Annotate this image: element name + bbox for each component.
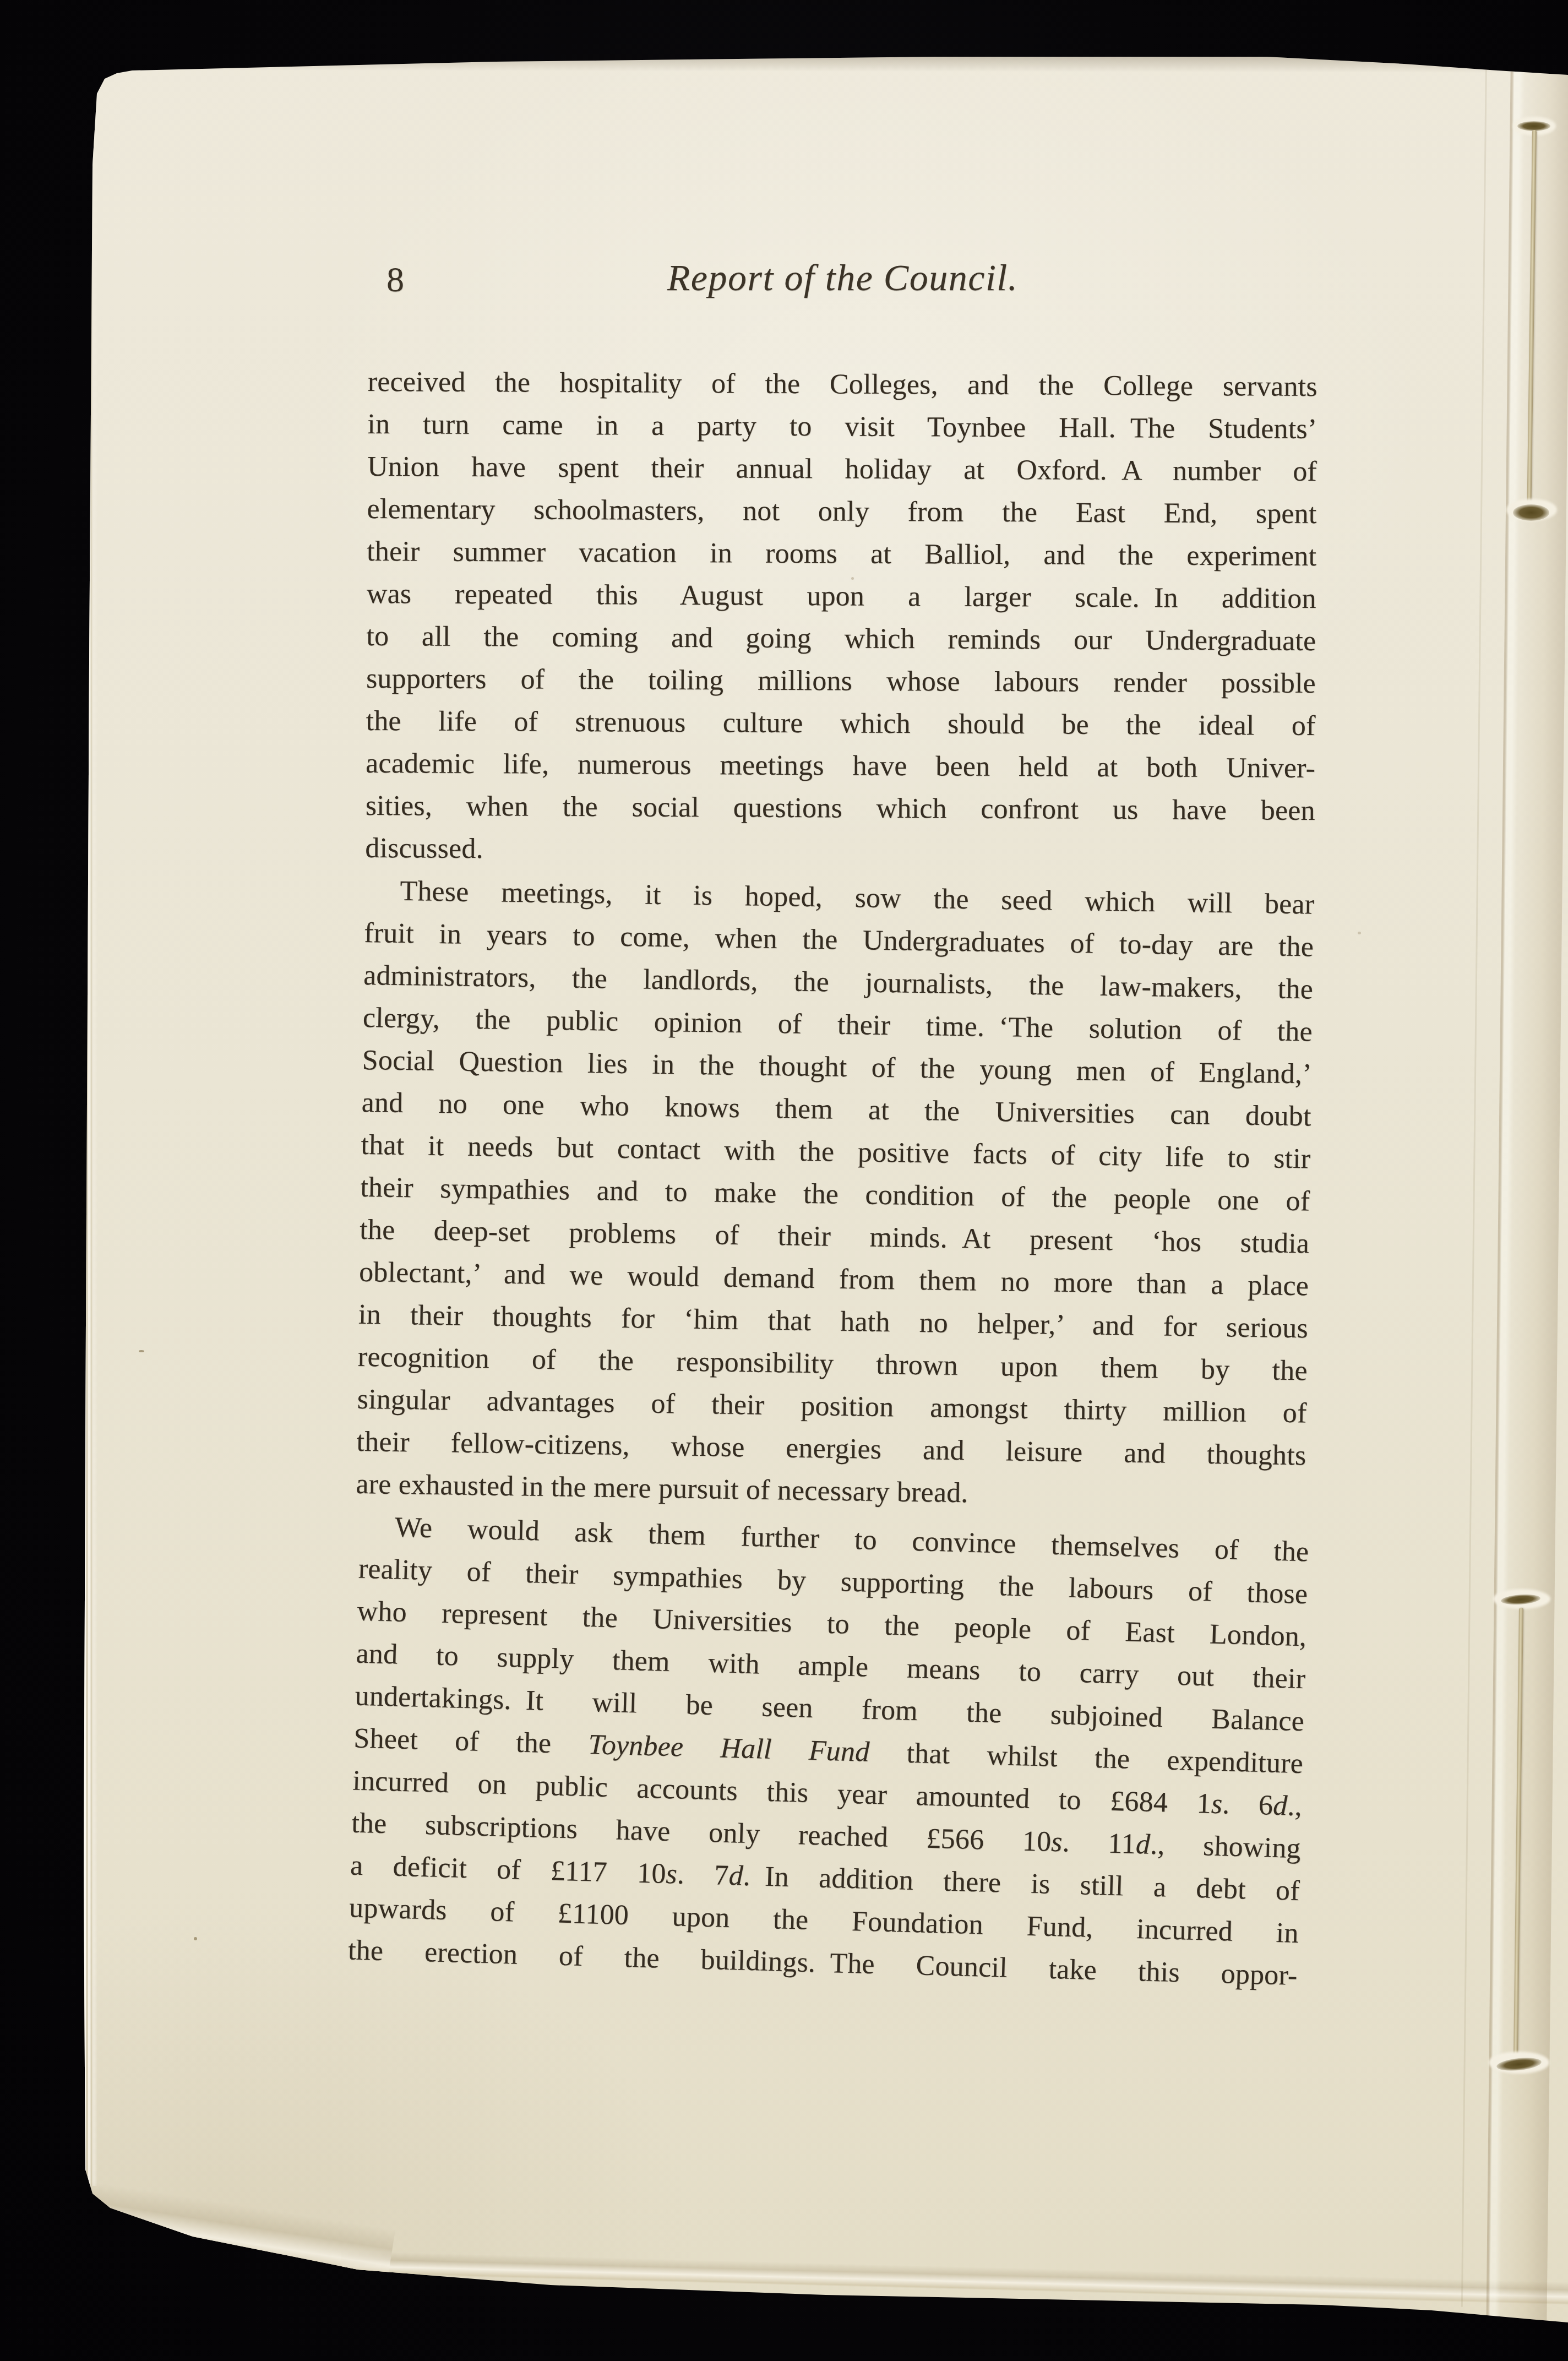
page-surface: 8 Report of the Council. received the ho… bbox=[0, 0, 1568, 2361]
text-block: received the hospitality of the Colleges… bbox=[368, 361, 1317, 1972]
text-line: received the hospitality of the Colleges… bbox=[368, 361, 1317, 408]
text-line: supporters of the toiling millions whose… bbox=[366, 657, 1316, 705]
text-line: the life of strenuous culture which shou… bbox=[366, 700, 1315, 747]
text-line: elementary schoolmasters, not only from … bbox=[367, 488, 1316, 535]
scan-background: { "page_number": "8", "running_title": "… bbox=[0, 0, 1568, 2361]
text-line: discussed. bbox=[365, 827, 1315, 874]
paragraph: We would ask them further to convince th… bbox=[347, 1505, 1309, 1997]
text-line: in turn came in a party to visit Toynbee… bbox=[367, 403, 1317, 450]
text-line: sities, when the social questions which … bbox=[366, 785, 1315, 832]
text-line: academic life, numerous meetings have be… bbox=[366, 742, 1315, 790]
page-header: 8 Report of the Council. bbox=[368, 252, 1317, 318]
text-line: Union have spent their annual holiday at… bbox=[367, 445, 1317, 493]
text-line: their summer vacation in rooms at Ballio… bbox=[367, 530, 1316, 578]
running-title: Report of the Council. bbox=[368, 258, 1317, 297]
printed-content: 8 Report of the Council. received the ho… bbox=[0, 0, 1568, 2361]
text-line: was repeated this August upon a larger s… bbox=[367, 573, 1316, 620]
paragraph: These meetings, it is hoped, sow the see… bbox=[356, 869, 1315, 1519]
text-line: to all the coming and going which remind… bbox=[366, 615, 1316, 662]
paragraph: received the hospitality of the Colleges… bbox=[365, 361, 1317, 874]
